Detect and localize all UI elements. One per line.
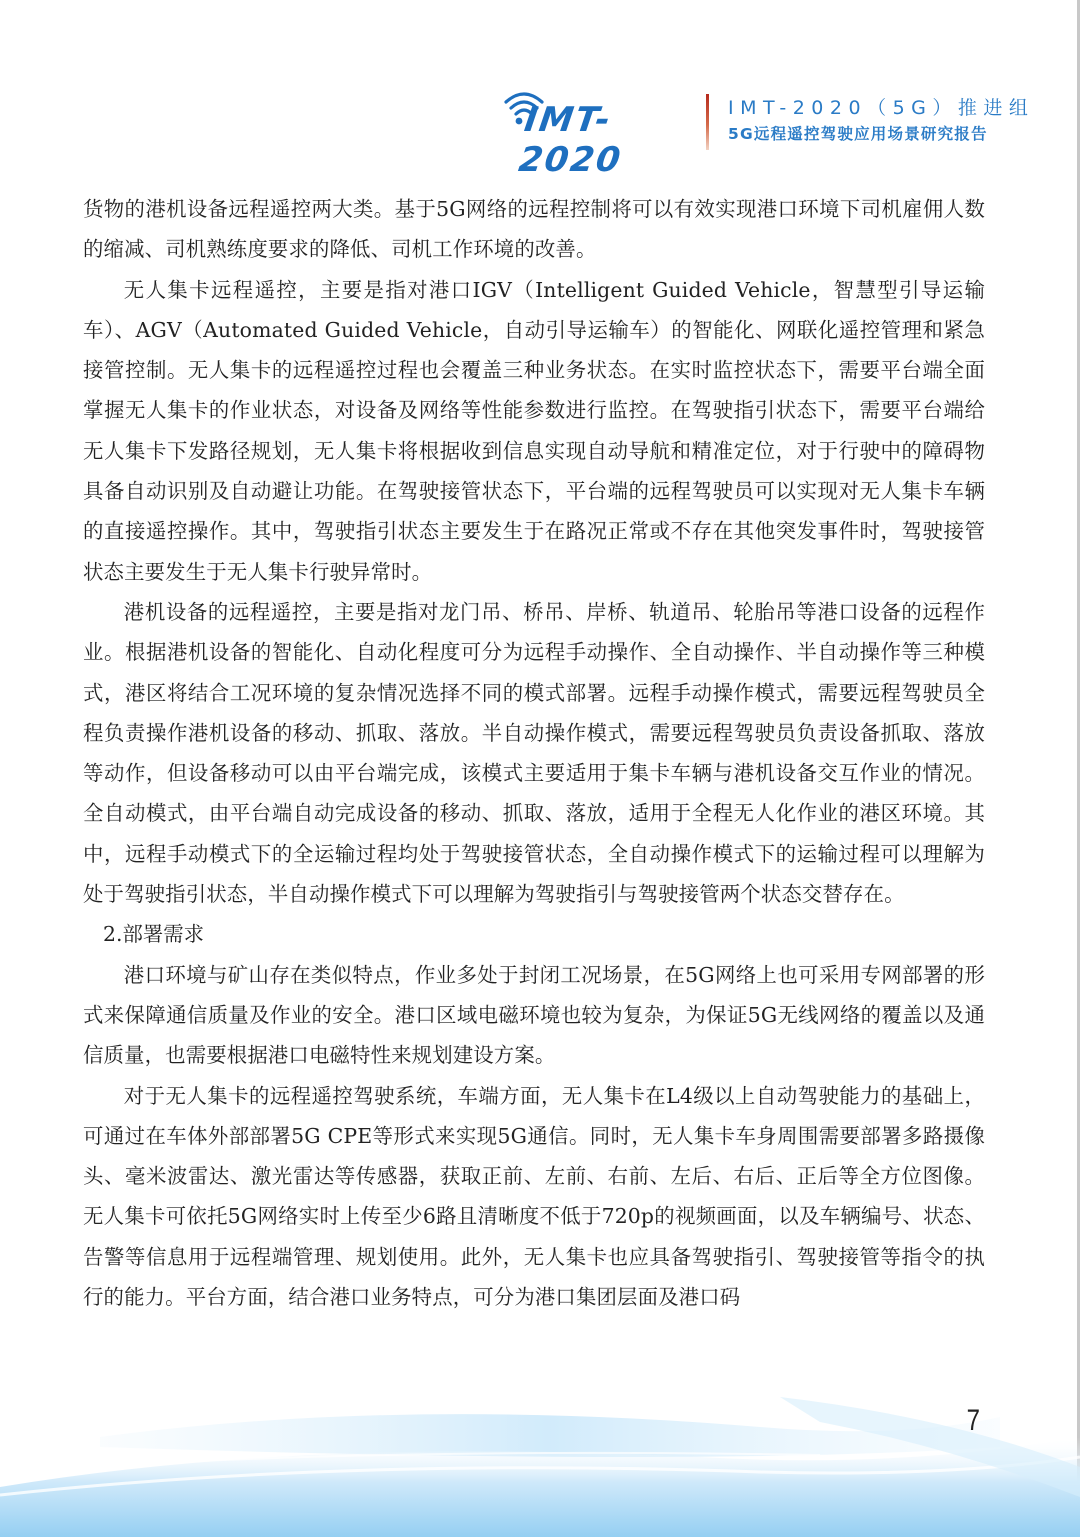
paragraph: 对于无人集卡的远程遥控驾驶系统，车端方面，无人集卡在L4级以上自动驾驶能力的基础… <box>83 1076 985 1318</box>
paragraph: 无人集卡远程遥控，主要是指对港口IGV（Intelligent Guided V… <box>83 270 985 592</box>
section-heading: 2.部署需求 <box>83 914 985 954</box>
header-divider <box>706 94 709 150</box>
footer-wave-decoration <box>0 1377 1080 1537</box>
header-titles: IMT-2020（5G）推进组 5G远程遥控驾驶应用场景研究报告 <box>728 96 1034 146</box>
paragraph: 港机设备的远程遥控，主要是指对龙门吊、桥吊、岸桥、轨道吊、轮胎吊等港口设备的远程… <box>83 592 985 914</box>
page-header: IMT-2020 IMT-2020（5G）推进组 5G远程遥控驾驶应用场景研究报… <box>498 88 998 158</box>
imt2020-logo: IMT-2020 <box>498 88 698 158</box>
report-title: 5G远程遥控驾驶应用场景研究报告 <box>728 122 1034 146</box>
paragraph: 货物的港机设备远程遥控两大类。基于5G网络的远程控制将可以有效实现港口环境下司机… <box>83 189 985 270</box>
paragraph: 港口环境与矿山存在类似特点，作业多处于封闭工况场景，在5G网络上也可采用专网部署… <box>83 955 985 1076</box>
org-title: IMT-2020（5G）推进组 <box>728 96 1034 120</box>
logo-text: IMT-2020 <box>516 100 703 180</box>
page-number: 7 <box>967 1404 980 1438</box>
page-content: 货物的港机设备远程遥控两大类。基于5G网络的远程控制将可以有效实现港口环境下司机… <box>83 189 985 1317</box>
